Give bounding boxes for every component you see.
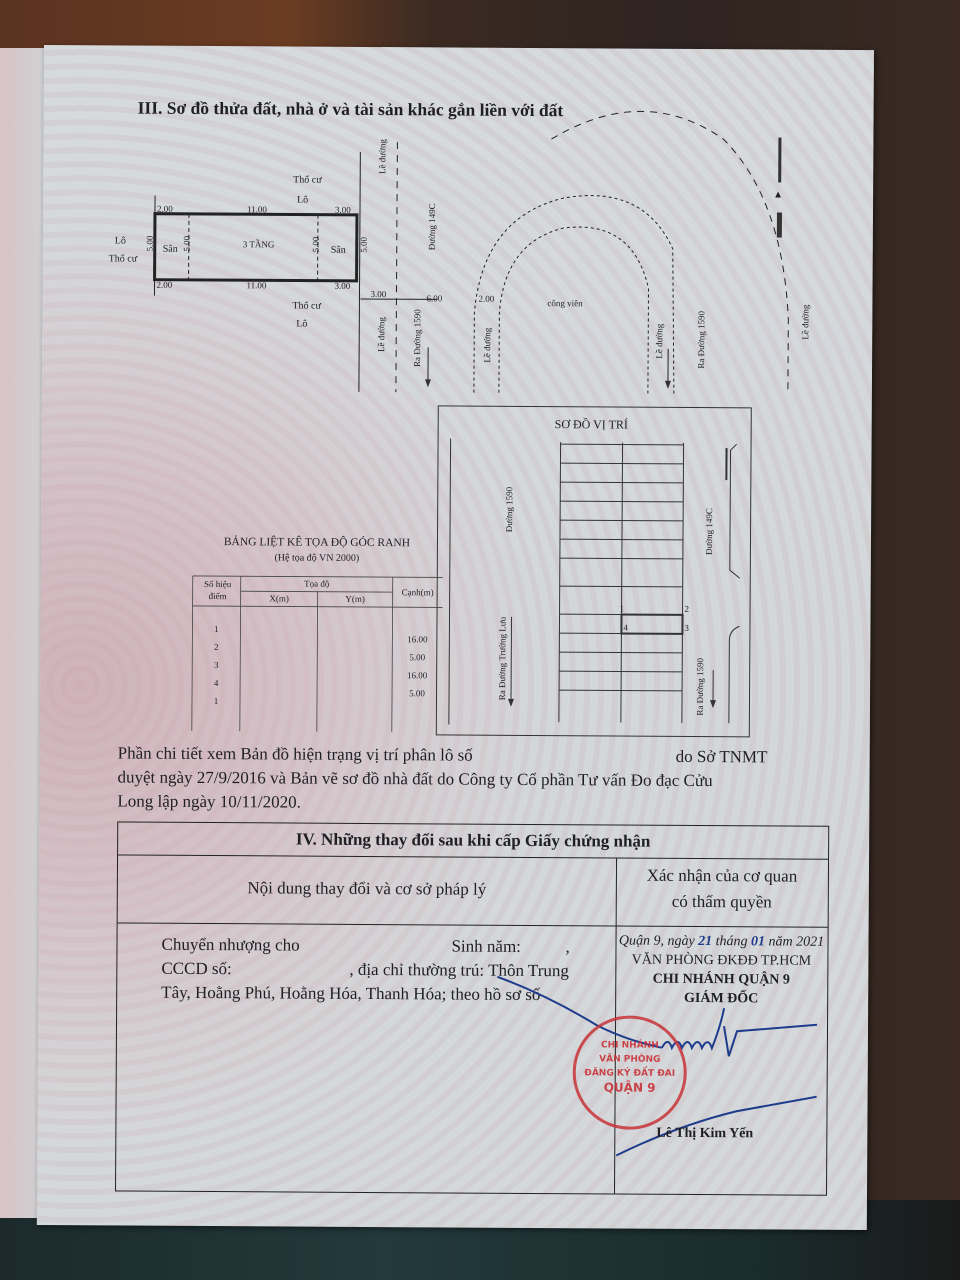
coordinate-table-block: BẢNG LIỆT KÊ TỌA ĐỘ GÓC RANH (Hệ tọa độ … <box>187 536 447 565</box>
to-road-1590-label-1: Ra Đường 1590 <box>412 309 422 367</box>
point-cell: 3 <box>192 656 240 674</box>
corner-4: 4 <box>623 623 628 633</box>
point-cell: 1 <box>192 692 240 710</box>
header-coords: Tọa độ <box>241 578 393 589</box>
header-y: Y(m) <box>318 594 393 604</box>
note-line3: Long lập ngày 10/11/2020. <box>117 789 837 817</box>
stamp-line: CHI NHÁNH <box>576 1038 684 1053</box>
neighbor-left-2: Thổ cư <box>109 253 138 264</box>
corner-1: 1 <box>620 604 625 614</box>
sidewalk-label-2: Lề đường <box>376 317 386 352</box>
neighbor-left-1: Lô <box>115 235 126 246</box>
point-cell: 2 <box>192 638 240 656</box>
signer-name: Lê Thị Kim Yến <box>656 1126 753 1143</box>
corner-3: 3 <box>684 623 689 633</box>
coordinate-table-subtitle: (Hệ tọa độ VN 2000) <box>187 552 447 565</box>
road-dim-2: 6.00 <box>426 293 442 303</box>
dim-side-2: 5.00 <box>182 236 192 252</box>
dim-top-1: 2.00 <box>157 204 173 214</box>
changes-table: IV. Những thay đổi sau khi cấp Giấy chứn… <box>115 821 829 1195</box>
sidewalk-label-1: Lề đường <box>377 139 387 174</box>
loc-road-149c: Đường 149C <box>704 508 714 555</box>
official-stamp: CHI NHÁNH VĂN PHÒNG ĐĂNG KÝ ĐẤT ĐAI QUẬN… <box>572 1015 687 1130</box>
edge-cell: 5.00 <box>392 684 442 702</box>
loc-road-1590: Đường 1590 <box>504 487 514 532</box>
sidewalk-label-5: Lề đường <box>800 305 810 340</box>
to-road-1590-label-2: Ra Đường 1590 <box>696 311 706 369</box>
certificate-page: III. Sơ đồ thửa đất, nhà ở và tài sản kh… <box>37 45 874 1230</box>
stamp-line: VĂN PHÒNG <box>576 1052 684 1067</box>
sidewalk-label-3: Lề đường <box>482 328 492 363</box>
road-149c-label: Đường 149C <box>427 203 437 250</box>
stamp-line: QUẬN 9 <box>576 1080 684 1095</box>
neighbor-bottom-2: Lô <box>296 319 307 330</box>
coordinate-table-title: BẢNG LIỆT KÊ TỌA ĐỘ GÓC RANH <box>187 536 447 550</box>
yard-left: Sân <box>163 244 178 255</box>
note-paragraph: Phần chi tiết xem Bản đồ hiện trạng vị t… <box>117 741 837 817</box>
header-edge: Cạnh(m) <box>393 587 443 597</box>
yard-right: Sân <box>331 245 346 256</box>
neighbor-top-2: Lô <box>297 195 308 206</box>
dim-top-2: 11.00 <box>247 204 267 214</box>
edge-cell: 5.00 <box>392 648 442 666</box>
loc-to-1590: Ra Đường 1590 <box>695 658 705 716</box>
dim-side-3: 5.00 <box>311 237 321 253</box>
header-x: X(m) <box>241 593 318 603</box>
note-line1-a: Phần chi tiết xem Bản đồ hiện trạng vị t… <box>118 743 473 764</box>
edge-column: 16.00 5.00 16.00 5.00 <box>392 630 442 702</box>
loc-to-truong-luu: Ra Đường Trường Lưu <box>497 617 508 700</box>
location-map-lines <box>437 406 753 738</box>
neighbor-top-1: Thổ cư <box>293 175 322 186</box>
dim-bottom-2: 11.00 <box>247 280 267 290</box>
road-dim-3: 2.00 <box>478 294 494 304</box>
sidewalk-label-4: Lề đường <box>654 324 664 359</box>
building-label: 3 TẦNG <box>243 239 275 249</box>
location-map: SƠ ĐỒ VỊ TRÍ <box>436 405 752 737</box>
point-cell: 1 <box>192 620 240 638</box>
dim-bottom-3: 3.00 <box>335 281 351 291</box>
dim-side-4: 5.00 <box>359 237 369 253</box>
plot-sketch: Thổ cư Lô Lô Thổ cư Thổ cư Lô 3 TẦNG Sân… <box>44 45 874 50</box>
edge-cell: 16.00 <box>392 630 442 648</box>
note-line1-b: do Sở TNMT <box>676 745 768 770</box>
point-cell: 4 <box>192 674 240 692</box>
stamp-line: ĐĂNG KÝ ĐẤT ĐAI <box>576 1066 684 1081</box>
dim-side-1: 5.00 <box>145 236 155 252</box>
header-point: Số hiệu điểm <box>197 578 239 602</box>
corner-2: 2 <box>685 604 690 614</box>
dim-top-3: 3.00 <box>335 205 351 215</box>
dim-bottom-1: 2.00 <box>157 280 173 290</box>
neighbor-bottom-1: Thổ cư <box>292 301 321 312</box>
park-label: công viên <box>547 298 582 308</box>
road-dim-1: 3.00 <box>370 289 386 299</box>
point-column: 1 2 3 4 1 <box>192 620 241 710</box>
edge-cell: 16.00 <box>392 666 442 684</box>
north-arrow-icon: ▲ <box>773 189 783 200</box>
